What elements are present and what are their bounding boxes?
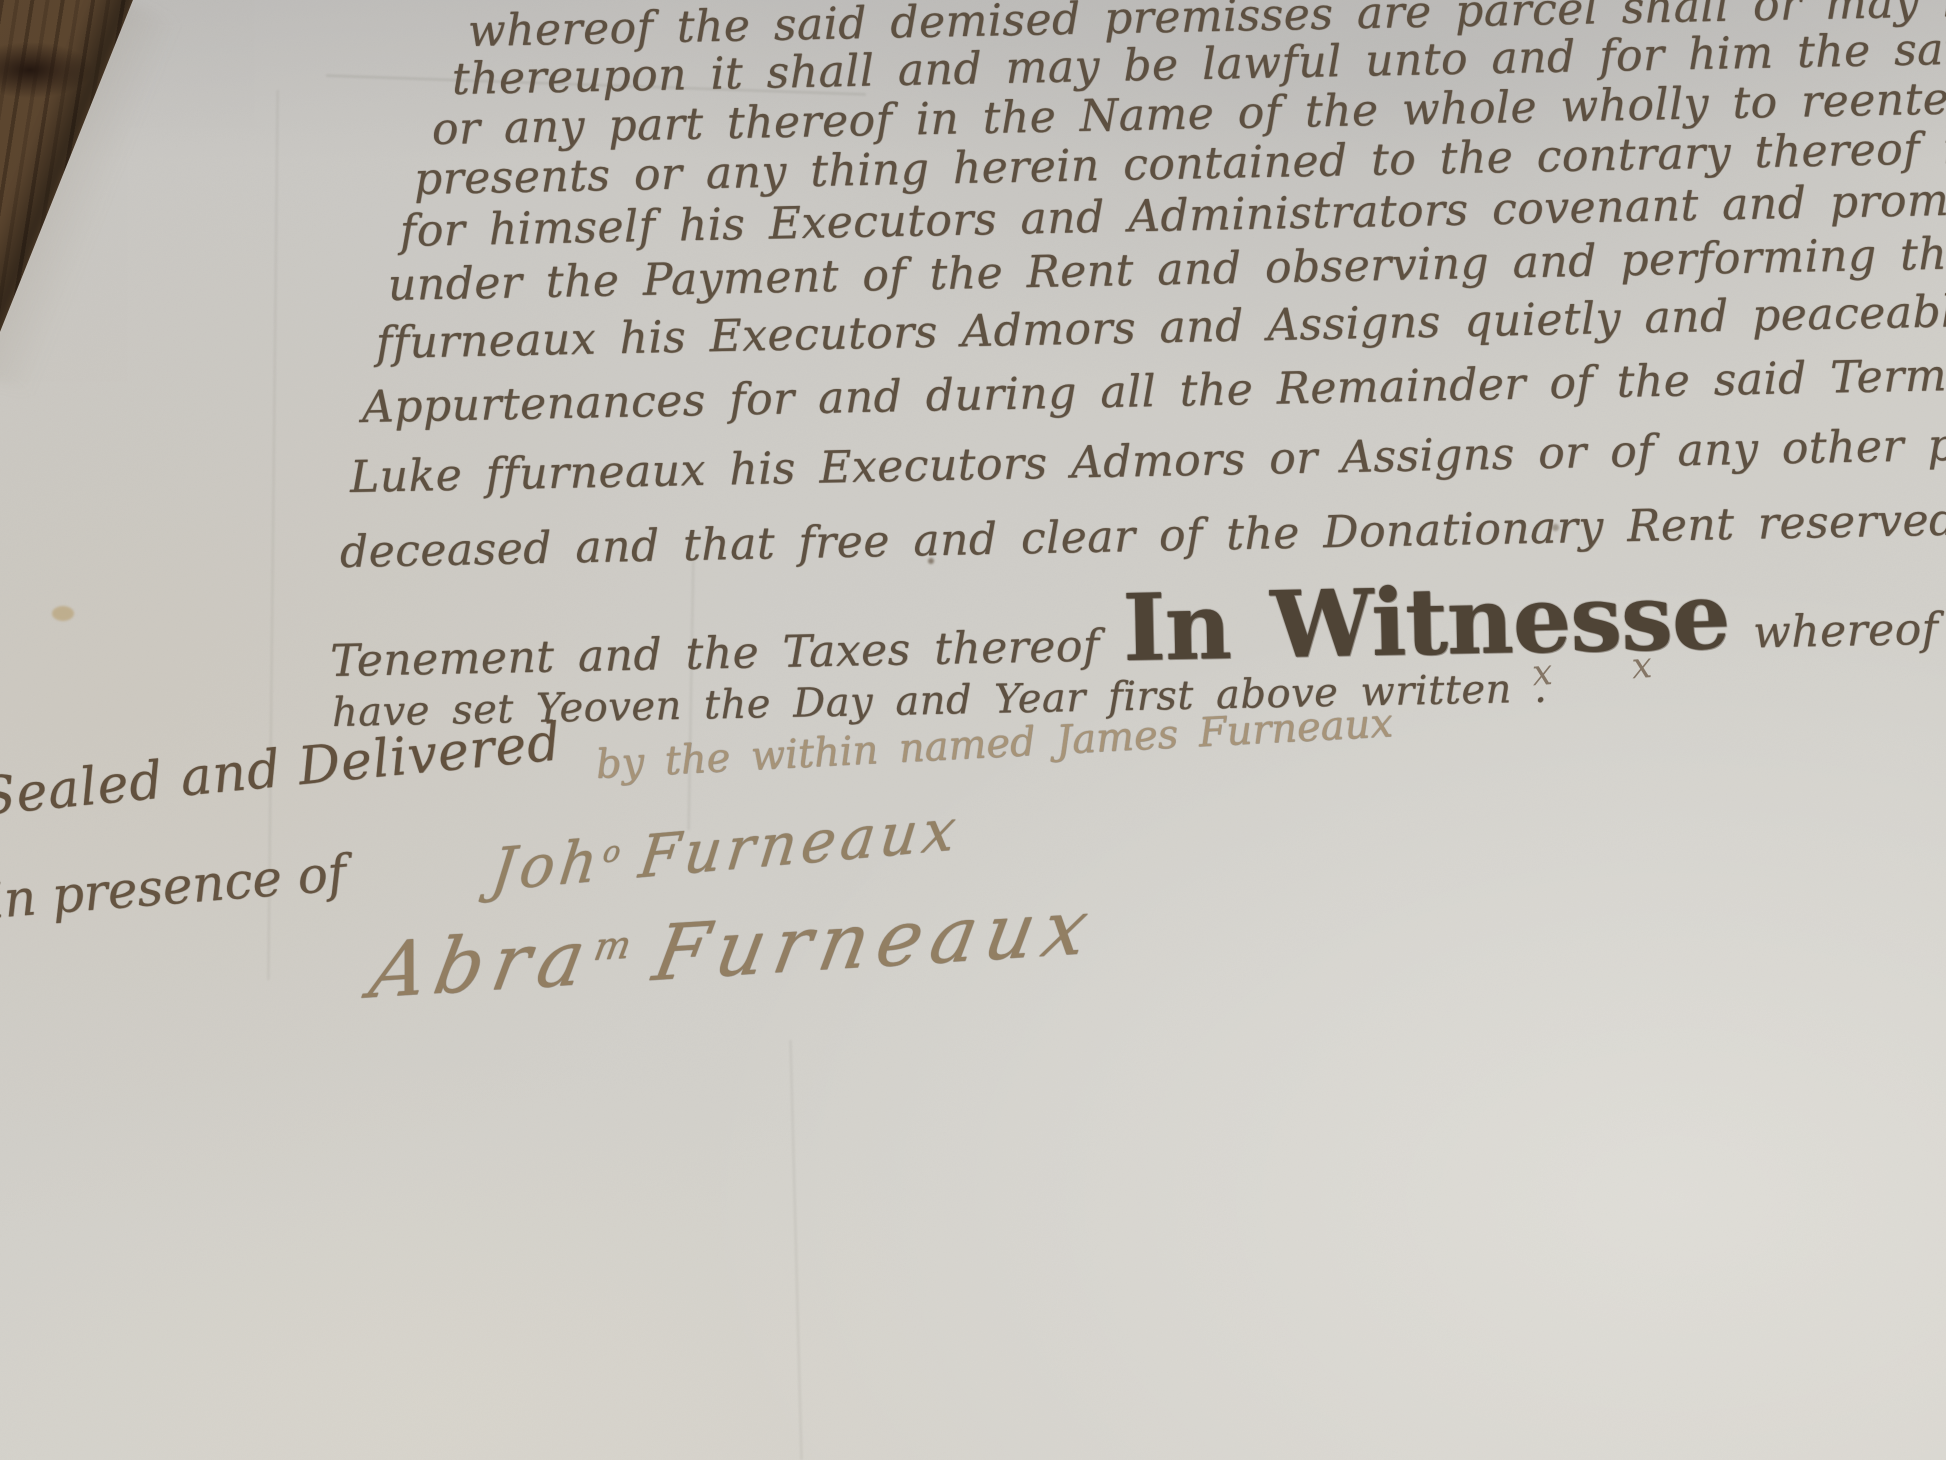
signature-prefix: Joh xyxy=(488,826,607,905)
signature-prefix: Abra xyxy=(364,912,601,1016)
photo-scene: whereof the said demised premisses are p… xyxy=(0,0,1946,1460)
signature-superscript: m xyxy=(591,922,635,969)
witness-line-post: whereof the p xyxy=(1729,601,1946,659)
signature-superscript: o xyxy=(601,834,623,870)
fox-stain xyxy=(52,606,74,621)
document-page: whereof the said demised premisses are p… xyxy=(0,0,1946,1460)
